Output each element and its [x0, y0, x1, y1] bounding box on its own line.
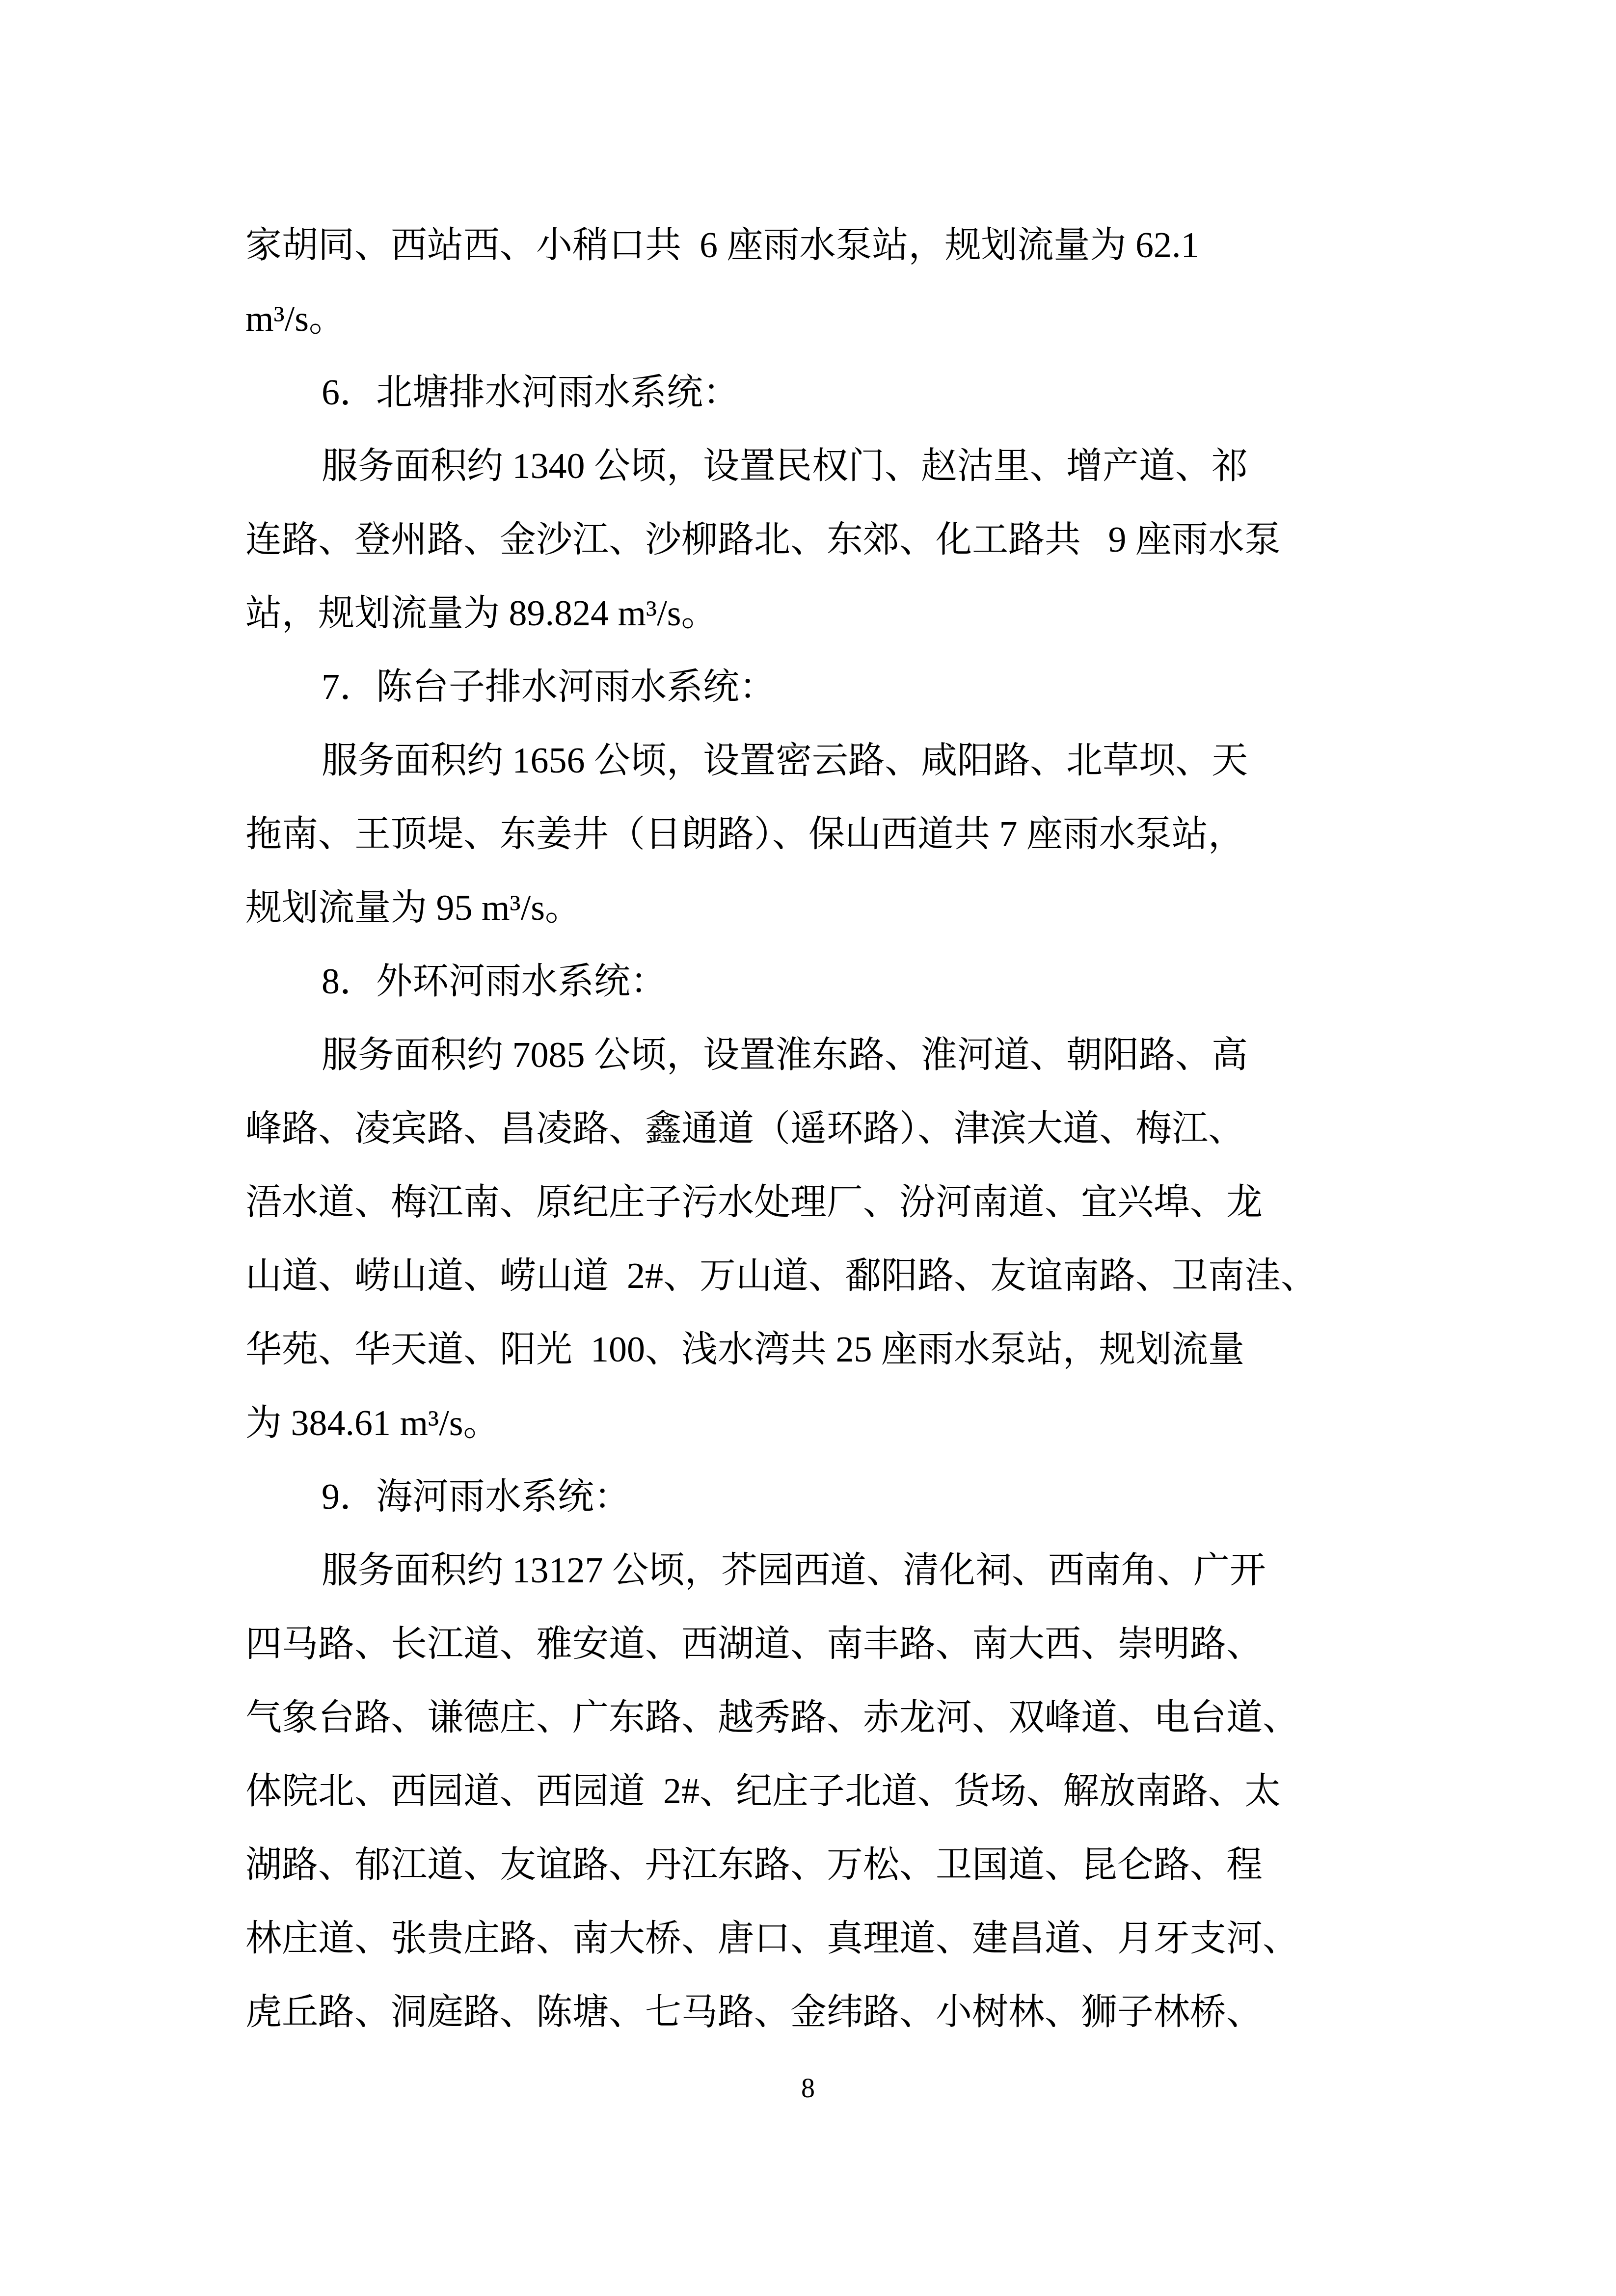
text-line-continuation: 规划流量为 95 m³/s。 — [245, 871, 1394, 945]
text-line-continuation: 山道、崂山道、崂山道 2#、万山道、鄱阳路、友谊南路、卫南洼、 — [245, 1239, 1394, 1313]
section-heading-7: 7．陈台子排水河雨水系统： — [245, 650, 1394, 724]
document-page: 家胡同、西站西、小稍口共 6 座雨水泵站，规划流量为 62.1 m³/s。 6．… — [0, 0, 1616, 2296]
text-line-continuation: 拖南、王顶堤、东姜井（日朗路）、保山西道共 7 座雨水泵站， — [245, 798, 1394, 871]
text-line-continuation: 四马路、长江道、雅安道、西湖道、南丰路、南大西、崇明路、 — [245, 1607, 1394, 1681]
paragraph-line-start: 服务面积约 7085 公顷，设置淮东路、淮河道、朝阳路、高 — [245, 1018, 1394, 1092]
section-heading-9: 9．海河雨水系统： — [245, 1460, 1394, 1534]
text-line-continuation: 家胡同、西站西、小稍口共 6 座雨水泵站，规划流量为 62.1 — [245, 209, 1394, 282]
section-heading-6: 6．北塘排水河雨水系统： — [245, 356, 1394, 429]
text-line-continuation: m³/s。 — [245, 282, 1394, 356]
text-line-continuation: 浯水道、梅江南、原纪庄子污水处理厂、汾河南道、宜兴埠、龙 — [245, 1166, 1394, 1239]
text-line-continuation: 峰路、凌宾路、昌凌路、鑫通道（遥环路）、津滨大道、梅江、 — [245, 1092, 1394, 1166]
document-body: 家胡同、西站西、小稍口共 6 座雨水泵站，规划流量为 62.1 m³/s。 6．… — [245, 209, 1394, 2049]
section-heading-8: 8．外环河雨水系统： — [245, 945, 1394, 1018]
text-line-continuation: 湖路、郁江道、友谊路、丹江东路、万松、卫国道、昆仑路、程 — [245, 1828, 1394, 1902]
text-line-continuation: 体院北、西园道、西园道 2#、纪庄子北道、货场、解放南路、太 — [245, 1755, 1394, 1828]
text-line-continuation: 华苑、华天道、阳光 100、浅水湾共 25 座雨水泵站，规划流量 — [245, 1313, 1394, 1387]
paragraph-line-start: 服务面积约 1656 公顷，设置密云路、咸阳路、北草坝、天 — [245, 724, 1394, 798]
text-line-continuation: 连路、登州路、金沙江、沙柳路北、东郊、化工路共 9 座雨水泵 — [245, 503, 1394, 577]
page-number: 8 — [0, 2069, 1616, 2108]
text-line-continuation: 站，规划流量为 89.824 m³/s。 — [245, 577, 1394, 650]
text-line-continuation: 虎丘路、洞庭路、陈塘、七马路、金纬路、小树林、狮子林桥、 — [245, 1976, 1394, 2049]
text-line-continuation: 为 384.61 m³/s。 — [245, 1387, 1394, 1460]
paragraph-line-start: 服务面积约 13127 公顷，芥园西道、清化祠、西南角、广开 — [245, 1534, 1394, 1607]
paragraph-line-start: 服务面积约 1340 公顷，设置民权门、赵沽里、增产道、祁 — [245, 429, 1394, 503]
text-line-continuation: 林庄道、张贵庄路、南大桥、唐口、真理道、建昌道、月牙支河、 — [245, 1902, 1394, 1976]
text-line-continuation: 气象台路、谦德庄、广东路、越秀路、赤龙河、双峰道、电台道、 — [245, 1681, 1394, 1755]
